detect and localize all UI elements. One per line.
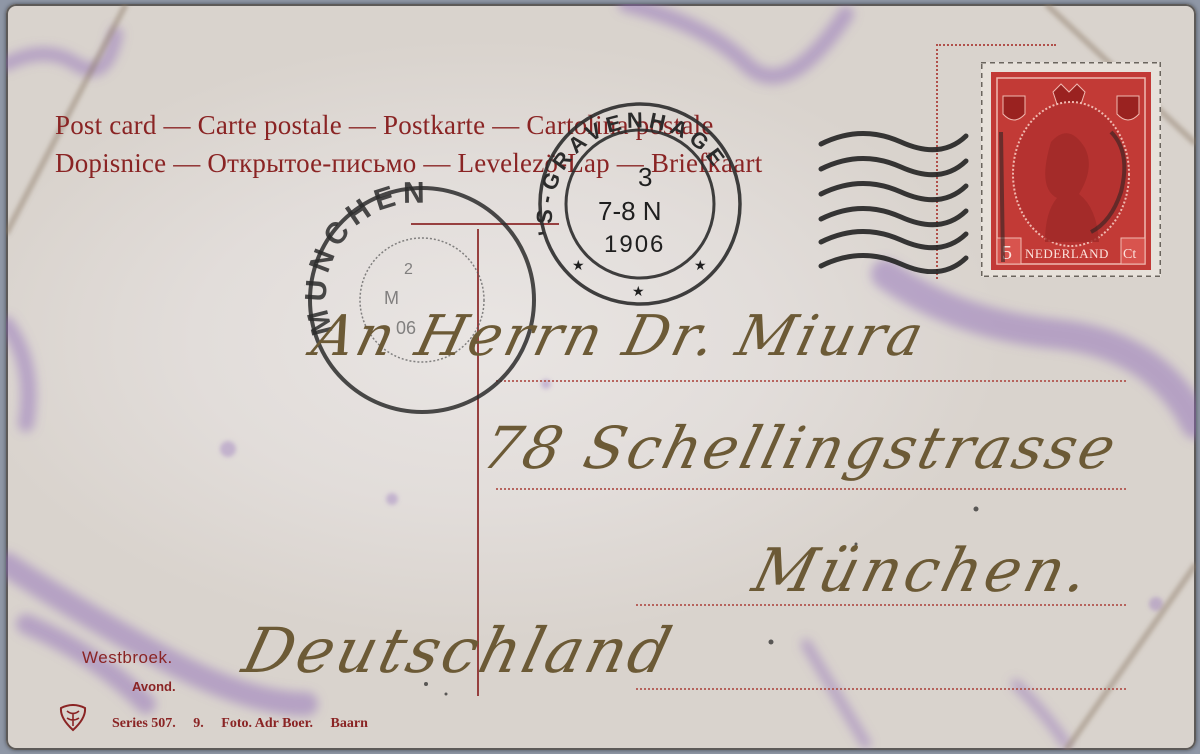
postcard: Post card — Carte postale — Postkarte — … [6, 4, 1196, 750]
svg-text:NEDERLAND: NEDERLAND [1025, 246, 1109, 261]
svg-text:★: ★ [572, 257, 585, 273]
publisher-footer: Series 507. 9. Foto. Adr Boer. Baarn [112, 716, 382, 732]
address-line-2 [496, 488, 1126, 490]
svg-text:Ct: Ct [1123, 247, 1136, 262]
picture-caption-subtitle: Avond. [132, 679, 176, 694]
publisher-name: Foto. Adr Boer. [221, 716, 313, 731]
svg-text:2: 2 [404, 261, 413, 278]
card-number: 9. [193, 716, 204, 731]
publisher-logo-icon [58, 704, 88, 732]
stamp-box-top-rule [936, 44, 1056, 46]
address-street: 78 Schellingstrasse [476, 414, 1125, 482]
postmark-s-gravenhage: 'S-GRAVENHAGE 3 7-8 N 1906 ★ ★ ★ [532, 100, 752, 315]
series-label: Series 507. [112, 716, 176, 731]
svg-text:3: 3 [638, 162, 652, 192]
cancel-wavy-lines [816, 124, 986, 274]
picture-caption-title: Westbroek. [82, 648, 173, 668]
address-recipient: An Herrn Dr. Miura [306, 304, 932, 369]
address-line-4 [636, 688, 1126, 690]
address-country: Deutschland [236, 614, 681, 687]
address-city: München. [746, 536, 1100, 606]
address-line-1 [496, 380, 1126, 382]
svg-text:★: ★ [694, 257, 707, 273]
svg-text:1906: 1906 [604, 231, 665, 258]
svg-text:★: ★ [632, 283, 645, 299]
publisher-place: Baarn [331, 716, 368, 731]
postage-stamp: 5 Ct NEDERLAND [981, 62, 1161, 277]
svg-text:7-8 N: 7-8 N [598, 196, 662, 226]
